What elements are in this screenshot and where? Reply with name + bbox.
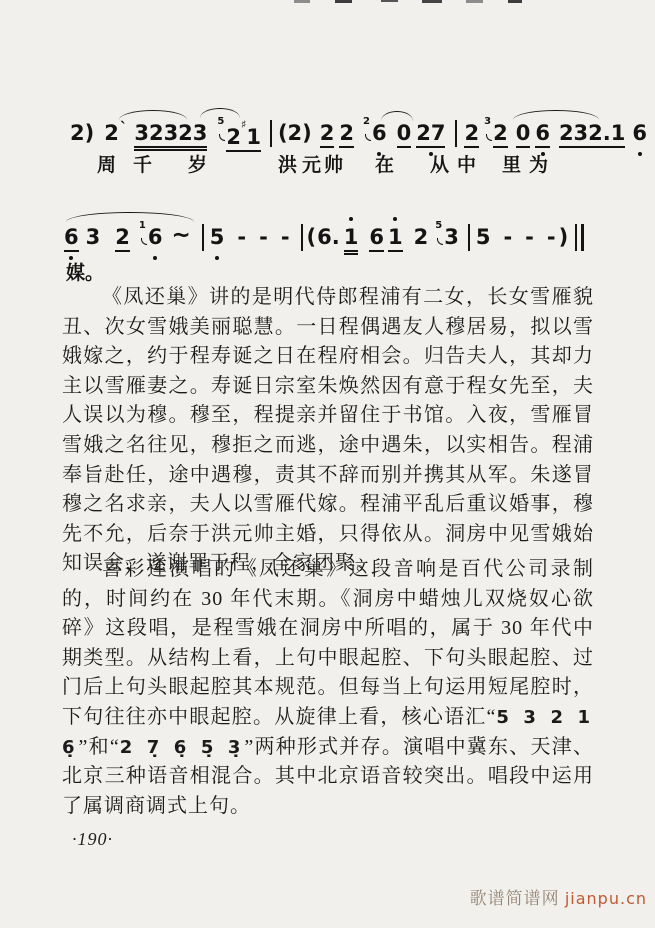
jianpu-note: 2	[493, 120, 508, 148]
jianpu-note: 32323	[134, 120, 207, 148]
synopsis-text: 《凤还巢》讲的是明代侍郎程浦有二女，长女雪雁貌丑、次女雪娥美丽聪慧。一日程偶遇友…	[62, 286, 594, 574]
jianpu-note: ~	[171, 224, 190, 246]
lyric-syllable: 洪	[278, 150, 297, 177]
jianpu-note: 6	[632, 120, 647, 146]
jianpu-note: 2	[339, 120, 354, 148]
jianpu-note: 0	[397, 120, 412, 148]
jianpu-note: 2	[115, 224, 130, 252]
barline	[202, 224, 204, 251]
barline	[455, 120, 457, 147]
lyric-syllable: 岁	[188, 150, 207, 177]
slur	[513, 110, 599, 120]
lyric-syllable: 帅	[324, 150, 343, 177]
lyric-syllable: 千	[133, 150, 152, 177]
jianpu-note: -	[547, 224, 556, 250]
lyric-syllable: 元	[302, 150, 321, 177]
lyrics-line-2: 媒。	[64, 258, 264, 282]
commentary-paragraph: 喜彩莲演唱的《凤还巢》这段音响是百代公司录制的，时间约在 30 年代末期。《洞房…	[62, 555, 594, 821]
jianpu-note: -	[237, 224, 246, 250]
lyric-syllable: 中	[457, 150, 476, 177]
lyrics-line-1: 周千岁洪元帅在从中里为	[70, 150, 610, 174]
lyric-syllable: 为	[529, 150, 548, 177]
jianpu-note: (2)	[278, 120, 312, 146]
jianpu-note: -	[525, 224, 534, 250]
slur	[200, 108, 240, 118]
watermark-url[interactable]: jianpu.cn	[565, 889, 647, 908]
grace-note: 2	[363, 109, 370, 135]
jianpu-note: 6	[148, 224, 163, 250]
lyric-syllable: 周	[97, 150, 116, 177]
jianpu-system-1: 2)2ˋ3232352♯1(2)222602723206232.16	[70, 120, 655, 152]
grace-note: 5	[435, 213, 442, 239]
jianpu-note: 27	[416, 120, 445, 148]
jianpu-note: 2	[320, 120, 335, 148]
jianpu-note: 1	[344, 224, 359, 252]
slur	[66, 212, 194, 222]
watermark-site-name: 歌谱简谱网	[470, 889, 560, 908]
jianpu-note: 6	[369, 224, 384, 252]
jianpu-note: 3	[86, 224, 101, 250]
inline-jianpu-vocab-2: 2 7̣ 6̣ 5̣ 3̣	[120, 737, 245, 758]
lyric-syllable: 在	[375, 150, 394, 177]
lyric-syllable: 从	[430, 150, 449, 177]
synopsis-paragraph: 《凤还巢》讲的是明代侍郎程浦有二女，长女雪雁貌丑、次女雪娥美丽聪慧。一日程偶遇友…	[62, 283, 594, 579]
barline	[301, 224, 303, 251]
jianpu-note: )	[559, 224, 569, 250]
commentary-text-1: 喜彩莲演唱的《凤还巢》这段音响是百代公司录制的，时间约在 30 年代末期。《洞房…	[62, 558, 594, 728]
jianpu-note: 6	[372, 120, 387, 146]
grace-note: 3	[484, 109, 491, 135]
jianpu-note: 5	[476, 224, 491, 250]
jianpu-system-2: 63216~5---(6.1612535---)	[64, 224, 584, 252]
jianpu-note: 1	[388, 224, 403, 252]
jianpu-note: 6.	[317, 224, 340, 250]
jianpu-note: 2	[464, 120, 479, 148]
lyric-syllable: 里	[502, 150, 521, 177]
barline	[468, 224, 470, 251]
watermark: 歌谱简谱网 jianpu.cn	[470, 884, 647, 909]
jianpu-note: 2	[414, 224, 429, 250]
jianpu-note: 2)	[70, 120, 94, 146]
lyric-syllable: 媒。	[66, 258, 104, 285]
book-page: { "page": { "number": "·190·" }, "waterm…	[0, 0, 655, 928]
slur	[119, 110, 187, 120]
jianpu-note: 6	[64, 224, 79, 252]
page-number: ·190·	[72, 829, 113, 850]
barline	[575, 224, 584, 251]
jianpu-note: 3	[444, 224, 459, 250]
jianpu-note: 2♯1	[226, 120, 261, 152]
barline	[270, 120, 272, 147]
commentary-text-2: ”和“	[79, 736, 120, 758]
jianpu-note: -	[281, 224, 290, 250]
jianpu-note: 6	[535, 120, 550, 148]
jianpu-note: 5	[210, 224, 225, 250]
jianpu-note: 0	[516, 120, 531, 148]
jianpu-note: -	[503, 224, 512, 250]
jianpu-note: 232.1	[559, 120, 625, 148]
jianpu-note: -	[259, 224, 268, 250]
slur	[381, 111, 413, 121]
jianpu-note: (	[307, 224, 317, 250]
jianpu-note: 2ˋ	[104, 120, 127, 148]
